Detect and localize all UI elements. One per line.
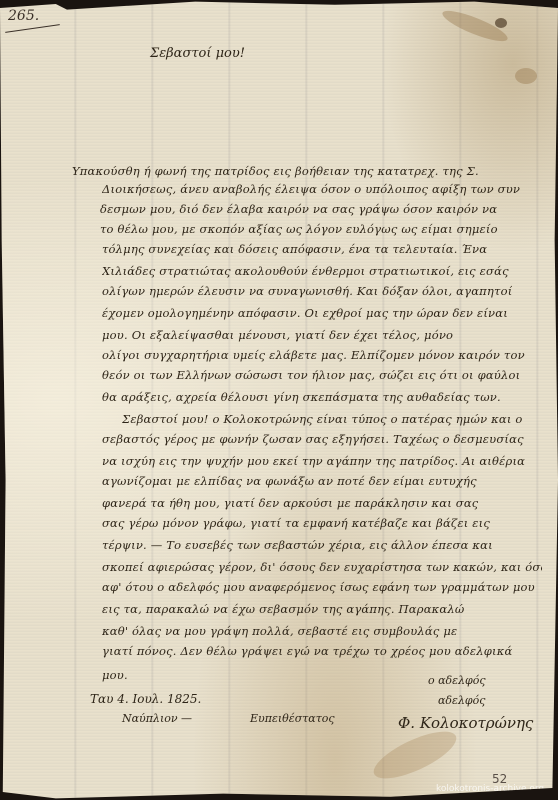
letter-line: τέρψιν. — Το ευσεβές των σεβαστών χέρια,…	[102, 538, 493, 552]
letter-line: μου.	[102, 668, 128, 682]
letter-line: Υπακούσθη ή φωνή της πατρίδος εις βοήθει…	[72, 164, 479, 178]
letter-line: μου. Οι εξαλείψασθαι μένουσι, γιατί δεν …	[102, 328, 453, 342]
date-line: Ταυ 4. Ιουλ. 1825.	[90, 692, 201, 706]
letter-line: ολίγων ημερών έλευσιν να συναγωνισθή. Κα…	[102, 284, 512, 298]
letter-line: το θέλω μου, με σκοπόν αξίας ως λόγον ευ…	[100, 222, 498, 236]
letter-line: γιατί πόνος. Δεν θέλω γράψει εγώ να τρέχ…	[102, 644, 512, 658]
letter-line: σκοπεί αφιερώσας γέρον, δι' όσους δεν ευ…	[102, 560, 542, 574]
salutation: Σεβαστοί μου!	[150, 46, 245, 61]
closing-line: ο αδελφός	[428, 674, 486, 687]
letter-line: Σεβαστοί μου! ο Κολοκοτρώνης είναι τύπος…	[122, 412, 523, 426]
ink-stain	[495, 18, 507, 28]
closing-line-2: αδελφός	[438, 694, 485, 707]
letter-line: αγωνίζομαι με ελπίδας να φωνάξω αν ποτέ …	[102, 474, 477, 488]
letter-line: Χιλιάδες στρατιώτας ακολουθούν ένθερμοι …	[102, 264, 509, 278]
letter-line: εις τα, παρακαλώ να έχω σεβασμόν της αγά…	[102, 602, 464, 616]
ink-stain	[515, 68, 537, 84]
letter-line: τόλμης συνεχείας και δόσεις απόφασιν, έν…	[102, 242, 487, 256]
letter-line: καθ' όλας να μου γράψη πολλά, σεβαστέ ει…	[102, 624, 457, 638]
signature: Φ. Κολοκοτρώνης	[398, 714, 533, 732]
letter-line: σας γέρω μόνον γράφω, γιατί τα εμφανή κα…	[102, 516, 490, 530]
place-line: Ναύπλιον —	[122, 712, 192, 725]
middle-signature: Ευπειθέστατος	[250, 712, 335, 725]
water-stain	[368, 722, 462, 787]
watermark: kolokotronis-archive.org	[436, 784, 544, 794]
letter-line: να ισχύη εις την ψυχήν μου εκεί την αγάπ…	[102, 454, 525, 468]
letter-line: αφ' ότου ο αδελφός μου αναφερόμενος ίσως…	[102, 580, 535, 594]
folio-number: 265.	[8, 8, 39, 24]
letter-line: φανερά τα ήθη μου, γιατί δεν αρκούσι με …	[102, 496, 478, 510]
manuscript-page: 265. Σεβαστοί μου! Υπακούσθη ή φωνή της …	[0, 0, 558, 800]
folio-underline	[5, 24, 60, 33]
letter-line: έχομεν ομολογημένην απόφασιν. Οι εχθροί …	[102, 306, 508, 320]
letter-line: θεόν οι των Ελλήνων σώσωσι τον ήλιον μας…	[102, 368, 520, 382]
letter-line: θα αράξεις, αχρεία θέλουσι γίνη σκεπάσμα…	[102, 390, 501, 404]
letter-line: ολίγοι συγχαρητήρια υμείς ελάβετε μας. Ε…	[102, 348, 525, 362]
letter-line: δεσμων μου, διό δεν έλαβα καιρόν να σας …	[100, 202, 497, 216]
letter-line: σεβαστός γέρος με φωνήν ζωσαν σας εξηγήσ…	[102, 432, 524, 446]
letter-line: Διοικήσεως, άνευ αναβολής έλειψα όσον ο …	[102, 182, 520, 196]
